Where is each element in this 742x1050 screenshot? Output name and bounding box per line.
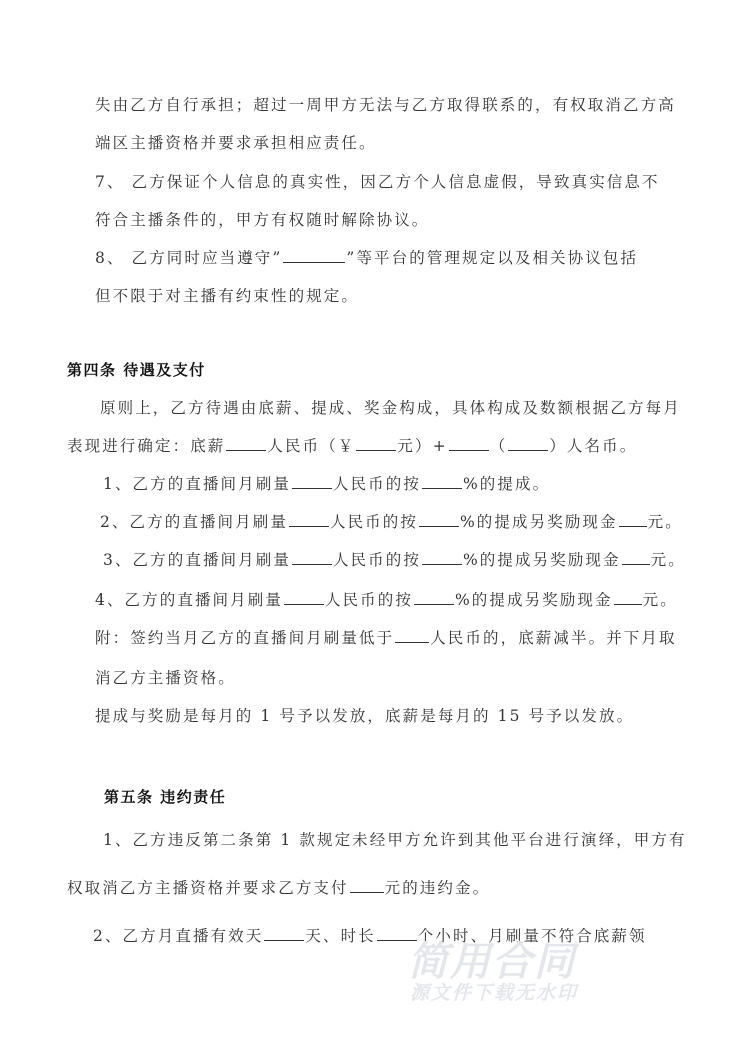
payment-schedule: 提成与奖励是每月的 1 号予以发放，底薪是每月的 15 号予以发放。 — [95, 706, 634, 726]
penalty-amount-blank[interactable] — [350, 878, 384, 893]
base-salary-blank[interactable] — [226, 436, 266, 451]
section-4-intro-1: 原则上，乙方待遇由底薪、提成、奖金构成，具体构成及数额根据乙方每月 — [100, 398, 681, 418]
volume-blank-3[interactable] — [292, 550, 332, 565]
clause-7-line-2: 符合主播条件的，甲方有权随时解除协议。 — [95, 210, 429, 230]
valid-days-blank[interactable] — [264, 926, 304, 941]
bonus-amount-blank[interactable] — [508, 436, 548, 451]
clause-8-post: ”等平台的管理规定以及相关协议包括 — [346, 249, 638, 267]
volume-blank-4[interactable] — [284, 590, 324, 605]
cash-blank-4[interactable] — [614, 590, 642, 605]
note-line-1: 附：签约当月乙方的直播间月刷量低于人民币的，底薪减半。并下月取 — [95, 628, 677, 648]
percent-blank-2[interactable] — [419, 512, 459, 527]
section-4-title: 第四条 待遇及支付 — [67, 360, 206, 380]
watermark-caption: 源文件下载无水印 — [410, 978, 578, 1005]
commission-item-1: 1、乙方的直播间月刷量人民币的按%的提成。 — [103, 474, 550, 494]
minimum-volume-blank[interactable] — [395, 628, 429, 643]
commission-item-2: 2、乙方的直播间月刷量人民币的按%的提成另奖励现金元。 — [100, 512, 683, 532]
platform-blank[interactable] — [283, 248, 345, 263]
percent-blank-4[interactable] — [414, 590, 454, 605]
clause-8-line-1: 8、 乙方同时应当遵守””等平台的管理规定以及相关协议包括 — [95, 248, 638, 268]
clause-7-line-1: 7、 乙方保证个人信息的真实性，因乙方个人信息虚假，导致真实信息不 — [95, 172, 660, 192]
volume-blank-1[interactable] — [292, 474, 332, 489]
volume-blank-2[interactable] — [289, 512, 329, 527]
clause-8-line-2: 但不限于对主播有约束性的规定。 — [95, 286, 359, 306]
continuation-line-1: 失由乙方自行承担；超过一周甲方无法与乙方取得联系的，有权取消乙方高 — [95, 95, 676, 115]
clause-8-pre: 8、 乙方同时应当遵守” — [95, 249, 282, 267]
continuation-line-2: 端区主播资格并要求承担相应责任。 — [95, 133, 377, 153]
section-4-intro-2: 表现进行确定：底薪人民币（￥元）+（）人名币。 — [67, 436, 637, 456]
base-salary-amount-blank[interactable] — [356, 436, 396, 451]
breach-item-1-line-2: 权取消乙方主播资格并要求乙方支付元的违约金。 — [67, 878, 490, 898]
note-line-2: 消乙方主播资格。 — [95, 668, 236, 688]
percent-blank-3[interactable] — [422, 550, 462, 565]
section-5-title: 第五条 违约责任 — [104, 787, 226, 807]
cash-blank-2[interactable] — [619, 512, 647, 527]
commission-item-3: 3、乙方的直播间月刷量人民币的按%的提成另奖励现金元。 — [103, 550, 686, 570]
commission-item-4: 4、乙方的直播间月刷量人民币的按%的提成另奖励现金元。 — [95, 590, 678, 610]
breach-item-1-line-1: 1、乙方违反第二条第 1 款规定未经甲方允许到其他平台进行演绎，甲方有 — [103, 830, 687, 850]
cash-blank-3[interactable] — [622, 550, 650, 565]
percent-blank-1[interactable] — [422, 474, 462, 489]
bonus-blank[interactable] — [449, 436, 489, 451]
